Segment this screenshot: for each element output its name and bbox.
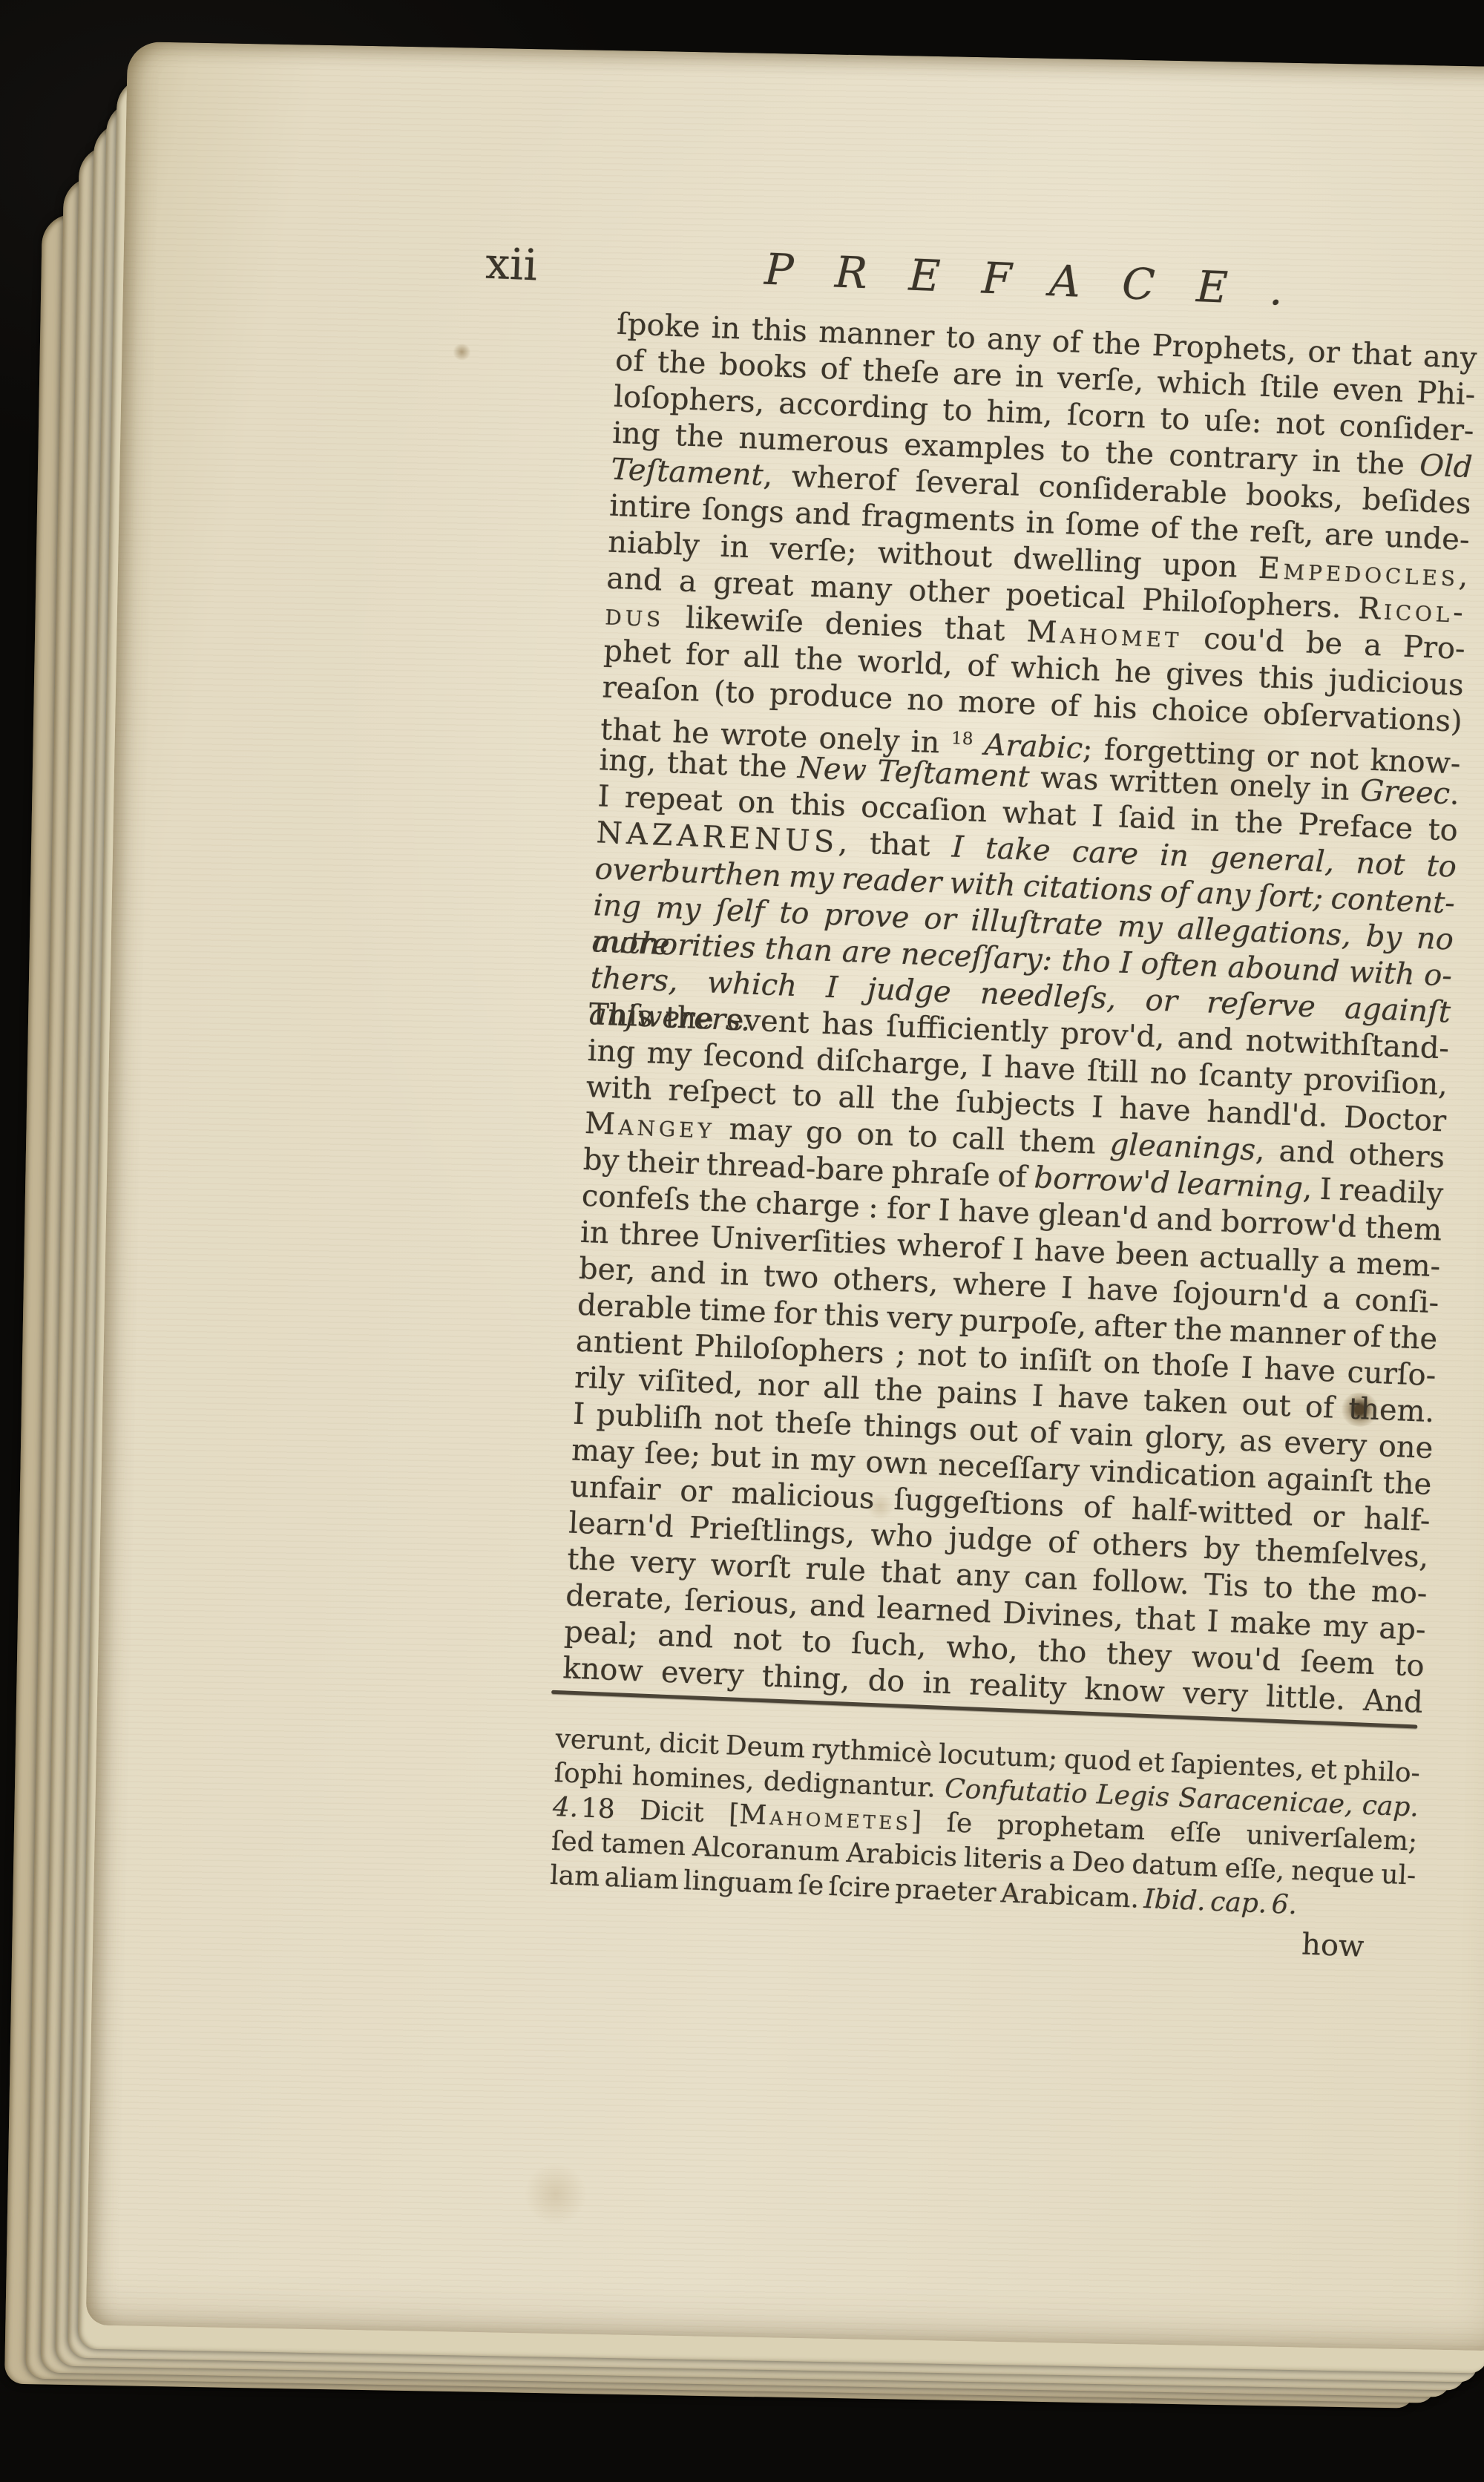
book-page: xii PREFACE. ſpoke in this manner to any… [86, 42, 1484, 2351]
catchword: how [1301, 1928, 1365, 1964]
text-segment: Greec [1359, 774, 1451, 812]
text-segment: 18 [951, 728, 974, 749]
text-segment: , [1458, 559, 1469, 594]
text-segment: Ricol- [1357, 591, 1467, 630]
text-segment: Mahomet [1026, 614, 1183, 654]
text-segment: Mahometes [739, 1799, 912, 1836]
text-segment: gleanings [1109, 1127, 1256, 1167]
page-title: PREFACE. [618, 240, 1480, 322]
text-segment: , and others [1255, 1133, 1445, 1175]
page-content: xii PREFACE. ſpoke in this manner to any… [36, 42, 1484, 2380]
text-segment: ing, that the [599, 743, 798, 785]
book-photo: xii PREFACE. ſpoke in this manner to any… [0, 0, 1484, 2482]
body-text: ſpoke in this manner to any of the Proph… [562, 306, 1477, 1721]
text-segment: Ibid. cap. 6. [1143, 1884, 1298, 1920]
text-segment: dus [605, 597, 665, 634]
page-number: xii [485, 242, 538, 287]
text-segment: 18 Dicit [ [580, 1793, 740, 1830]
text-segment: Teſtament [610, 453, 764, 493]
text-segment: Empedocles [1258, 551, 1460, 594]
footnotes: verunt, dicit Deum rythmicè locutum; quo… [549, 1722, 1420, 1928]
text-segment: Old [1419, 448, 1473, 485]
text-segment: . [1449, 777, 1460, 811]
text-segment: , that [838, 825, 953, 864]
text-segment: , I readily [1302, 1172, 1444, 1212]
text-segment: Mangey [584, 1106, 715, 1146]
